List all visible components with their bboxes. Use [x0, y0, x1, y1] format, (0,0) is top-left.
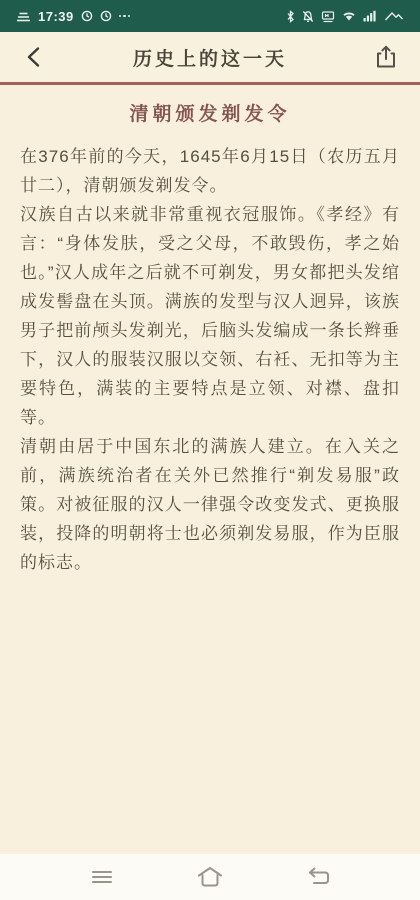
page-title: 历史上的这一天: [54, 44, 366, 71]
mute-icon: [302, 10, 314, 23]
article-title: 清朝颁发剃发令: [20, 99, 400, 126]
header-bar: 历史上的这一天: [0, 32, 420, 82]
share-button[interactable]: [366, 37, 406, 77]
status-bar: 17:39: [0, 0, 420, 32]
article-content: 清朝颁发剃发令 在376年前的今天，1645年6月15日（农历五月廿二），清朝颁…: [0, 85, 420, 854]
clock-notification-icon: [81, 10, 93, 22]
volte-hd-icon: [321, 10, 335, 23]
article-paragraph: 清朝由居于中国东北的满族人建立。在入关之前，满族统治者在关外已然推行“剃发易服”…: [20, 432, 400, 577]
article-paragraph: 汉族自古以来就非常重视衣冠服饰。《孝经》有言：“身体发肤，受之父母，不敢毁伤，孝…: [20, 200, 400, 432]
recents-button[interactable]: [74, 857, 130, 897]
status-left: 17:39: [16, 9, 130, 24]
back-nav-button[interactable]: [290, 857, 346, 897]
article-body: 在376年前的今天，1645年6月15日（农历五月廿二），清朝颁发剃发令。 汉族…: [20, 142, 400, 577]
status-right: [286, 10, 404, 23]
back-button[interactable]: [14, 37, 54, 77]
signal-icon: [363, 10, 377, 22]
wifi-icon: [342, 10, 356, 22]
app-notification-icon: [16, 10, 31, 22]
status-time: 17:39: [38, 9, 74, 24]
phone-screen: 17:39: [0, 0, 420, 900]
home-button[interactable]: [182, 857, 238, 897]
android-nav-bar: [0, 854, 420, 900]
more-notifications-icon: [119, 15, 131, 18]
clock-notification-icon: [100, 10, 112, 22]
peak-mode-icon: [384, 10, 404, 22]
bluetooth-icon: [286, 10, 295, 23]
article-paragraph: 在376年前的今天，1645年6月15日（农历五月廿二），清朝颁发剃发令。: [20, 142, 400, 200]
